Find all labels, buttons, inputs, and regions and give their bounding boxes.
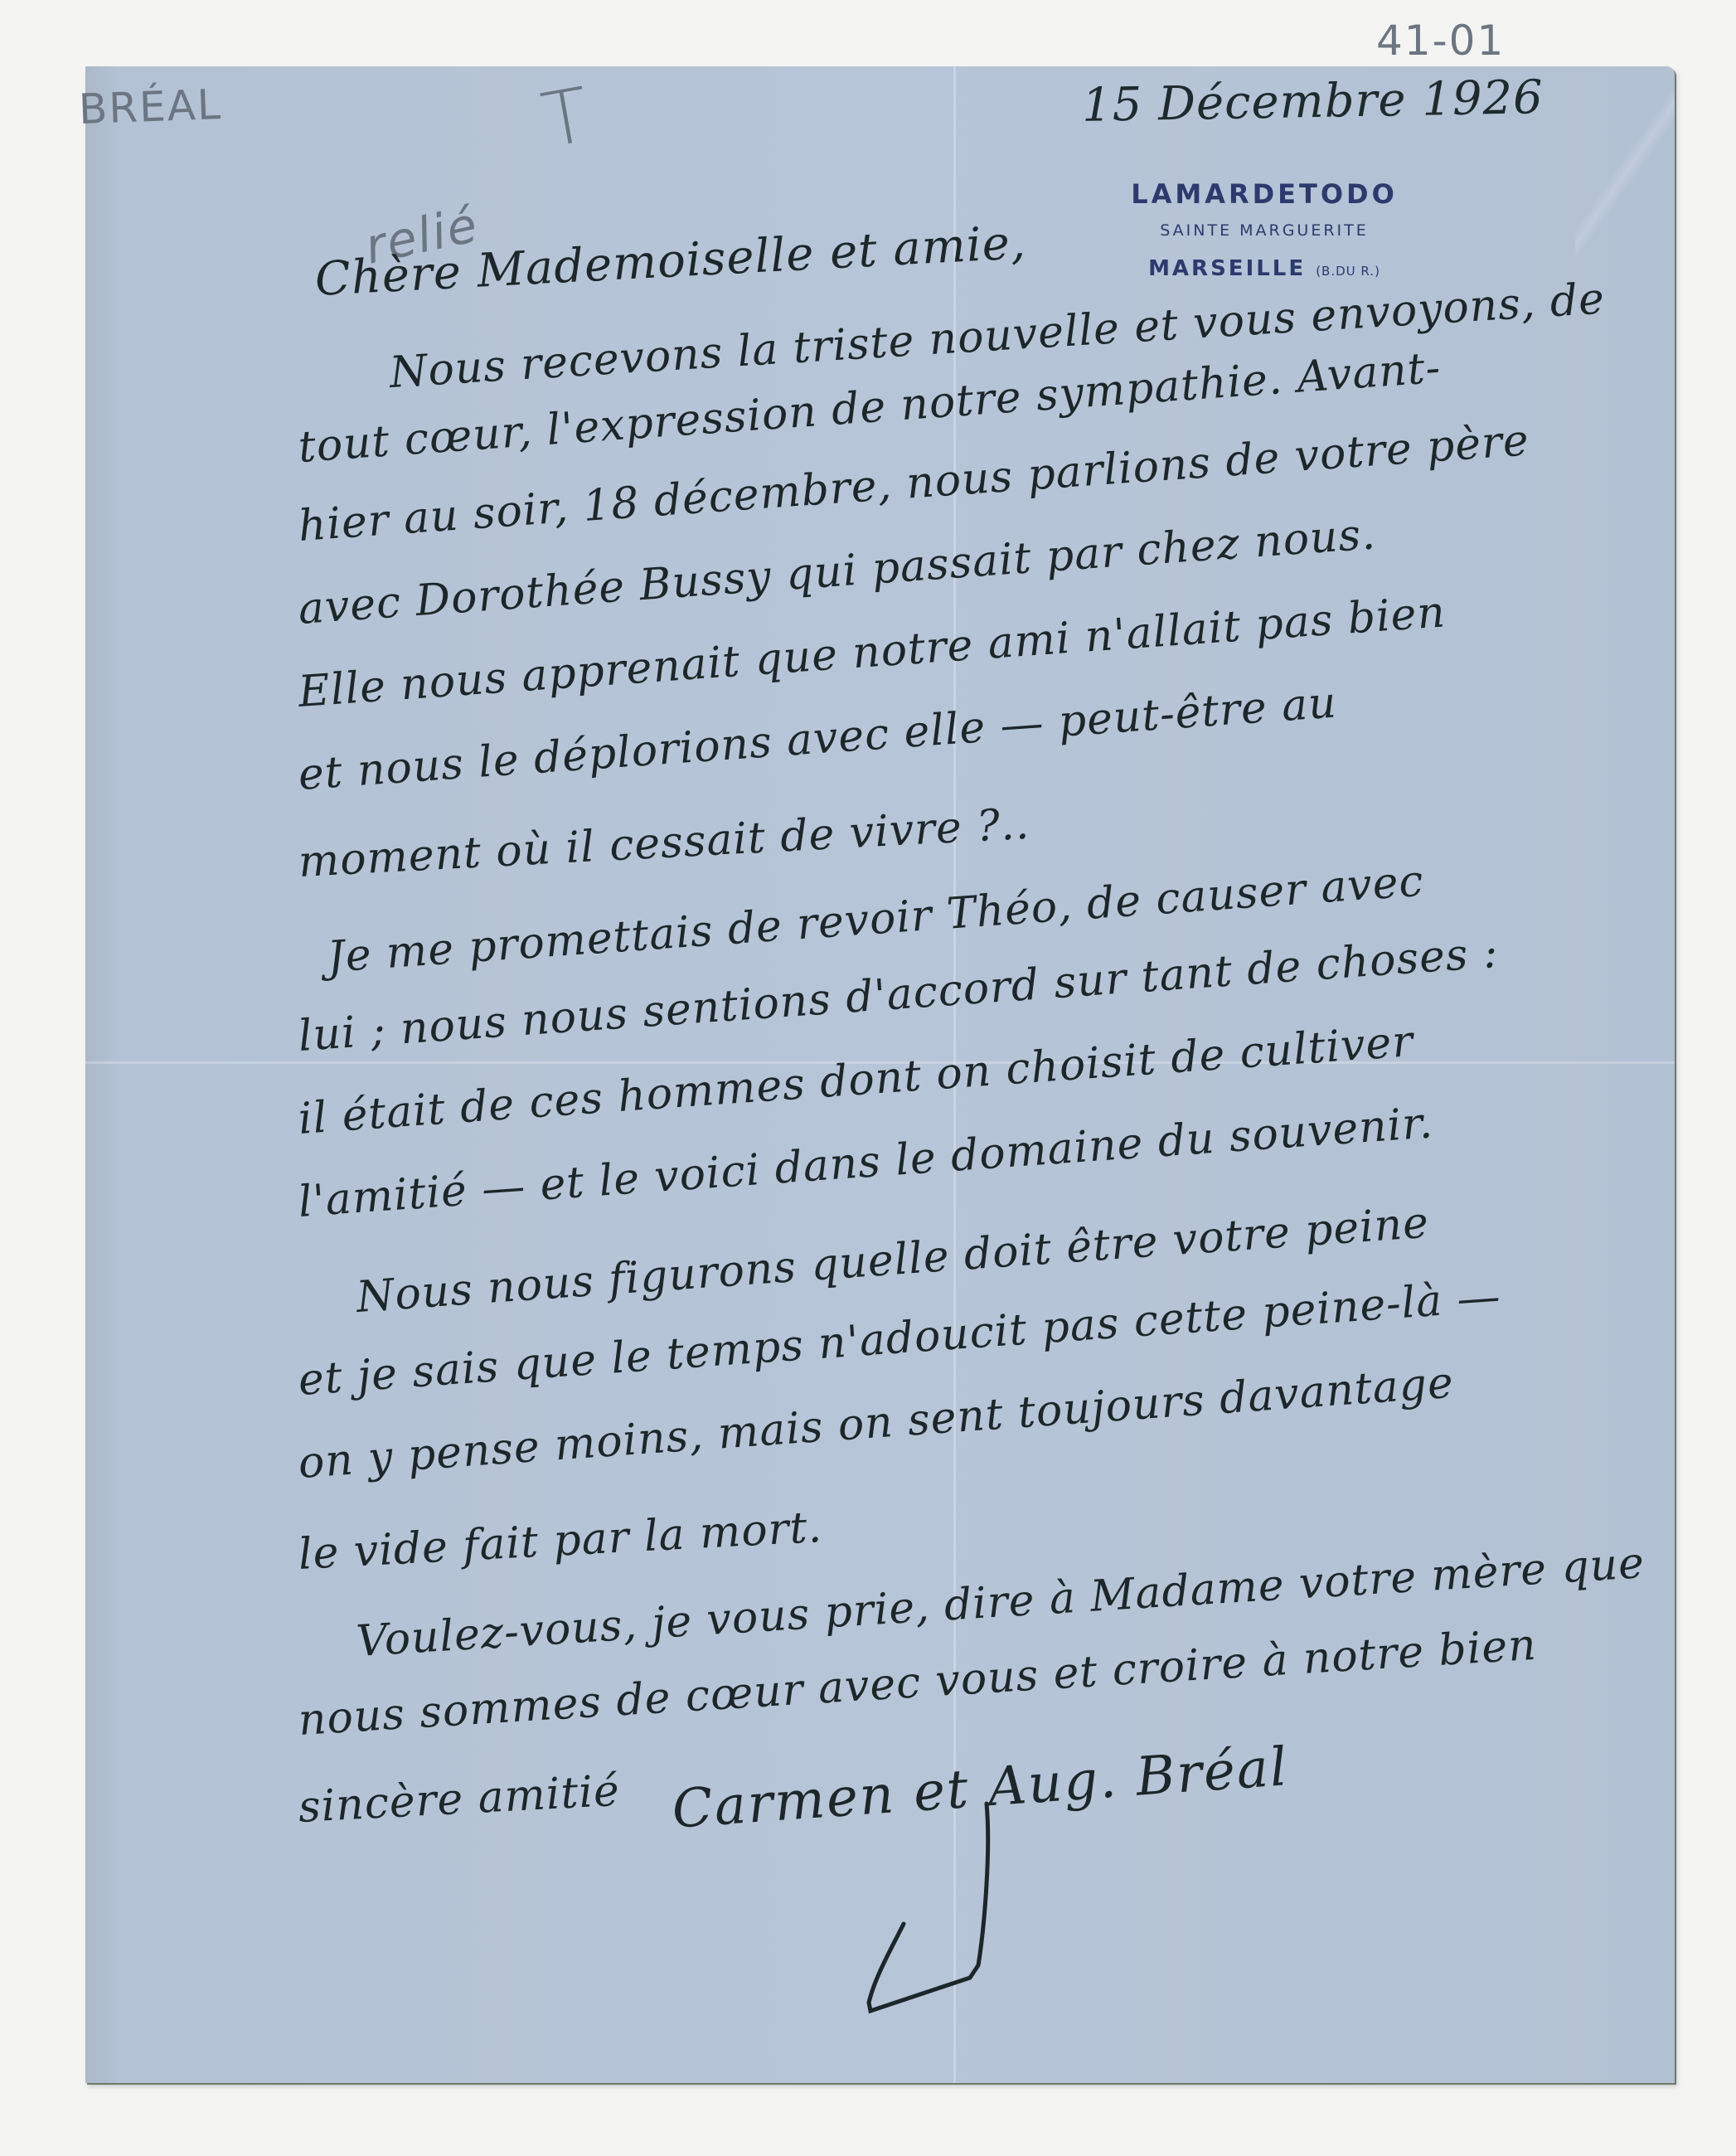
letterhead-city: MARSEILLE [1148, 256, 1306, 281]
letterhead-street: SAINTE MARGUERITE [1078, 221, 1451, 240]
letterhead-name: LAMARDETODO [1078, 178, 1451, 210]
pencil-annotation-name: BRÉAL [78, 80, 223, 134]
corner-crease [1575, 66, 1675, 282]
letterhead: LAMARDETODO SAINTE MARGUERITE MARSEILLE … [1078, 178, 1451, 281]
letter-date: 15 Décembre 1926 [1081, 70, 1544, 133]
letterhead-region: (B.DU R.) [1316, 264, 1380, 279]
pencil-annotation-reference: 41-01 [1376, 17, 1505, 65]
letterhead-city-line: MARSEILLE (B.DU R.) [1078, 256, 1451, 281]
signature-flourish-icon [846, 1799, 1028, 2015]
